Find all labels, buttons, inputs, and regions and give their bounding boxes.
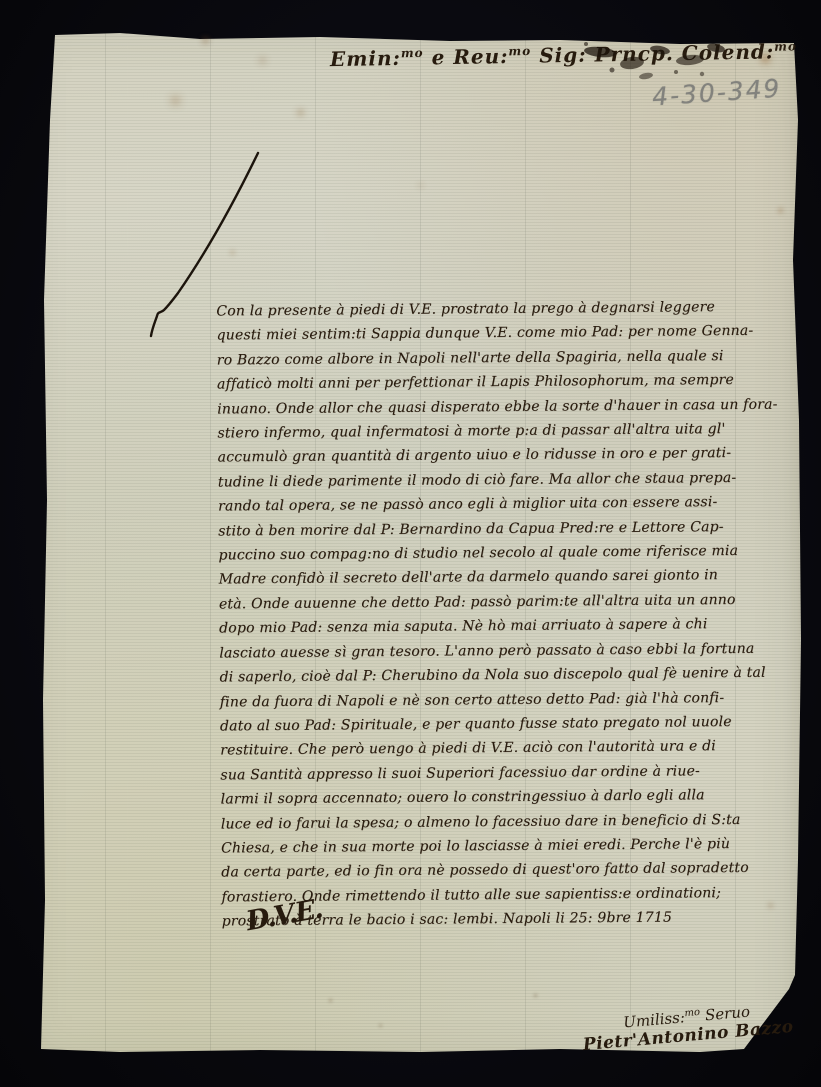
- signature-role-superscript: mo: [684, 1007, 700, 1019]
- header-superscript: mo: [508, 44, 531, 58]
- header-text: Emin:: [330, 46, 401, 71]
- header-text: e Reu:: [423, 44, 508, 69]
- scanned-manuscript-view: Emin:mo e Reu:mo Sig: Prncp. Colend:mo 4…: [0, 0, 821, 1087]
- header-superscript: mo: [401, 46, 424, 60]
- header-text: Sig: Prncp. Colend:: [531, 39, 774, 67]
- header-superscript: mo: [774, 39, 797, 53]
- foxing-stains: [0, 0, 1, 1]
- letter-body: Con la presente à piedi di V.E. prostrat…: [216, 295, 784, 934]
